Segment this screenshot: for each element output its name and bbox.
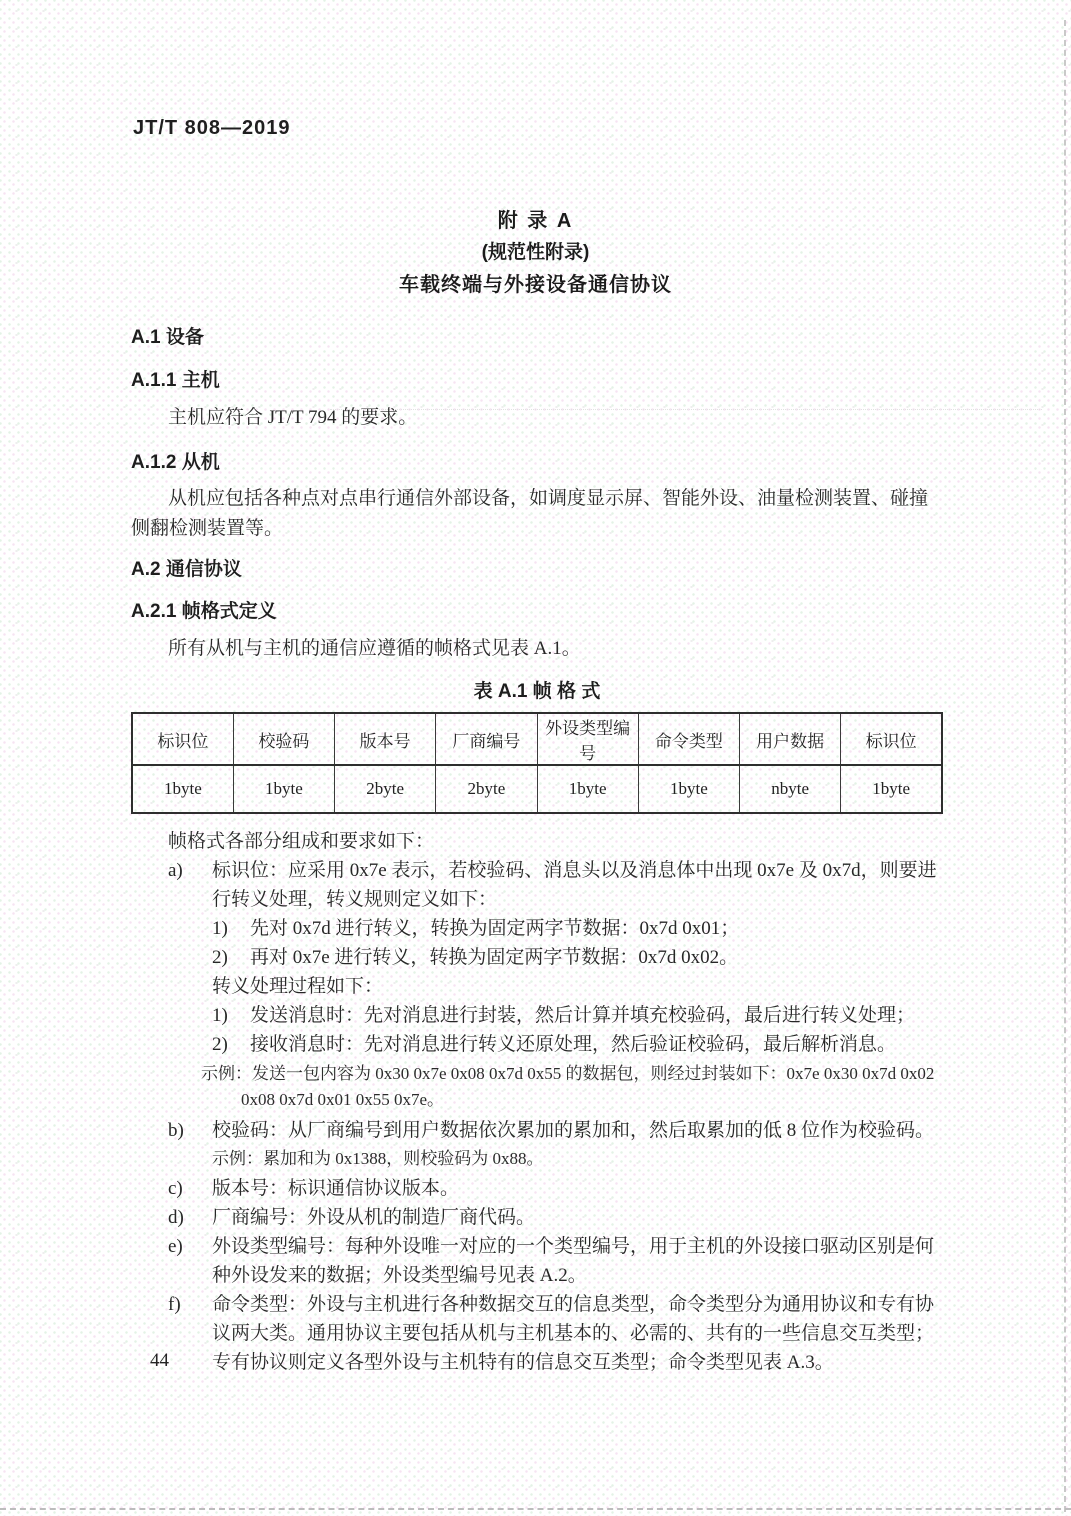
table-header-cell: 命令类型 xyxy=(638,713,739,765)
heading-a21: A.2.1 帧格式定义 xyxy=(131,596,943,623)
para-a11: 主机应符合 JT/T 794 的要求。 xyxy=(131,403,943,433)
note-item-label: d) xyxy=(168,1203,184,1232)
note-subitem-text: 先对 0x7d 进行转义，转换为固定两字节数据：0x7d 0x01； xyxy=(250,918,739,939)
table-value-cell: 1byte xyxy=(233,765,334,813)
page-number: 44 xyxy=(150,1350,169,1372)
note-item-label: c) xyxy=(168,1174,183,1203)
note-item-label: f) xyxy=(168,1290,181,1319)
note-item-f: f) 命令类型：外设与主机进行各种数据交互的信息类型，命令类型分为通用协议和专有… xyxy=(131,1290,944,1377)
note-item-label: e) xyxy=(168,1232,183,1261)
note-item-label: b) xyxy=(168,1116,184,1145)
note-subitem: 2) 再对 0x7e 进行转义，转换为固定两字节数据：0x7d 0x02。 xyxy=(131,943,944,972)
note-item-b: b) 校验码：从厂商编号到用户数据依次累加的累加和，然后取累加的低 8 位作为校… xyxy=(131,1116,944,1145)
note-subitem-text: 发送消息时：先对消息进行封装，然后计算并填充校验码，最后进行转义处理； xyxy=(250,1005,915,1026)
table-value-cell: 2byte xyxy=(335,765,436,813)
table-value-cell: 1byte xyxy=(132,765,233,813)
table-a1-caption: 表 A.1 帧 格 式 xyxy=(131,676,943,703)
table-value-cell: 1byte xyxy=(537,765,638,813)
note-item-text: 厂商编号：外设从机的制造厂商代码。 xyxy=(212,1207,535,1228)
table-header-cell: 厂商编号 xyxy=(436,713,537,765)
note-subitem-label: 1) xyxy=(212,914,228,943)
doc-code: JT/T 808—2019 xyxy=(133,117,291,140)
appendix-subject: 车载终端与外接设备通信协议 xyxy=(0,269,1071,301)
heading-a1: A.1 设备 xyxy=(131,322,943,349)
heading-a11: A.1.1 主机 xyxy=(131,365,943,392)
document-page: JT/T 808—2019 附 录 A (规范性附录) 车载终端与外接设备通信协… xyxy=(0,0,1071,1516)
note-subitem-label: 2) xyxy=(212,1030,228,1059)
table-header-cell: 版本号 xyxy=(335,713,436,765)
note-item-text: 命令类型：外设与主机进行各种数据交互的信息类型，命令类型分为通用协议和专有协议两… xyxy=(212,1294,934,1373)
para-a12: 从机应包括各种点对点串行通信外部设备，如调度显示屏、智能外设、油量检测装置、碰撞… xyxy=(131,484,943,544)
frame-format-notes: 帧格式各部分组成和要求如下： a) 标识位：应采用 0x7e 表示，若校验码、消… xyxy=(131,827,944,1377)
note-subitem-text: 接收消息时：先对消息进行转义还原处理，然后验证校验码，最后解析消息。 xyxy=(250,1034,896,1055)
note-item-text: 外设类型编号：每种外设唯一对应的一个类型编号，用于主机的外设接口驱动区别是何种外… xyxy=(212,1236,934,1286)
note-item-c: c) 版本号：标识通信协议版本。 xyxy=(131,1174,944,1203)
note-item-text: 校验码：从厂商编号到用户数据依次累加的累加和，然后取累加的低 8 位作为校验码。 xyxy=(212,1120,934,1141)
table-value-row: 1byte 1byte 2byte 2byte 1byte 1byte nbyt… xyxy=(132,765,942,813)
appendix-title-block: 附 录 A (规范性附录) 车载终端与外接设备通信协议 xyxy=(0,205,1071,301)
note-item-text: 标识位：应采用 0x7e 表示，若校验码、消息头以及消息体中出现 0x7e 及 … xyxy=(212,860,937,910)
frame-format-table: 标识位 校验码 版本号 厂商编号 外设类型编号 命令类型 用户数据 标识位 1b… xyxy=(131,712,943,814)
note-item-d: d) 厂商编号：外设从机的制造厂商代码。 xyxy=(131,1203,944,1232)
note-item-e: e) 外设类型编号：每种外设唯一对应的一个类型编号，用于主机的外设接口驱动区别是… xyxy=(131,1232,944,1290)
table-value-cell: 2byte xyxy=(436,765,537,813)
scan-edge-bottom xyxy=(0,1508,1071,1510)
note-example-b: 示例：累加和为 0x1388，则校验码为 0x88。 xyxy=(131,1146,944,1172)
table-value-cell: 1byte xyxy=(638,765,739,813)
note-item-label: a) xyxy=(168,856,183,885)
note-subitem: 2) 接收消息时：先对消息进行转义还原处理，然后验证校验码，最后解析消息。 xyxy=(131,1030,944,1059)
note-process-intro: 转义处理过程如下： xyxy=(131,972,944,1001)
note-item-a: a) 标识位：应采用 0x7e 表示，若校验码、消息头以及消息体中出现 0x7e… xyxy=(131,856,944,914)
note-subitem-label: 1) xyxy=(212,1001,228,1030)
note-subitem: 1) 发送消息时：先对消息进行封装，然后计算并填充校验码，最后进行转义处理； xyxy=(131,1001,944,1030)
note-subitem-label: 2) xyxy=(212,943,228,972)
table-header-cell: 标识位 xyxy=(132,713,233,765)
table-header-cell: 外设类型编号 xyxy=(537,713,638,765)
table-header-cell: 标识位 xyxy=(841,713,942,765)
table-header-cell: 用户数据 xyxy=(740,713,841,765)
table-header-cell: 校验码 xyxy=(233,713,334,765)
note-item-text: 版本号：标识通信协议版本。 xyxy=(212,1178,459,1199)
note-subitem: 1) 先对 0x7d 进行转义，转换为固定两字节数据：0x7d 0x01； xyxy=(131,914,944,943)
table-value-cell: 1byte xyxy=(841,765,942,813)
heading-a12: A.1.2 从机 xyxy=(131,447,943,474)
note-example-a: 示例：发送一包内容为 0x30 0x7e 0x08 0x7d 0x55 的数据包… xyxy=(131,1061,944,1113)
para-a21: 所有从机与主机的通信应遵循的帧格式见表 A.1。 xyxy=(131,634,943,664)
appendix-title: 附 录 A xyxy=(0,205,1071,237)
table-value-cell: nbyte xyxy=(740,765,841,813)
appendix-normative-label: (规范性附录) xyxy=(0,237,1071,269)
notes-intro: 帧格式各部分组成和要求如下： xyxy=(131,827,944,856)
heading-a2: A.2 通信协议 xyxy=(131,554,943,581)
table-header-row: 标识位 校验码 版本号 厂商编号 外设类型编号 命令类型 用户数据 标识位 xyxy=(132,713,942,765)
note-subitem-text: 再对 0x7e 进行转义，转换为固定两字节数据：0x7d 0x02。 xyxy=(250,947,738,968)
